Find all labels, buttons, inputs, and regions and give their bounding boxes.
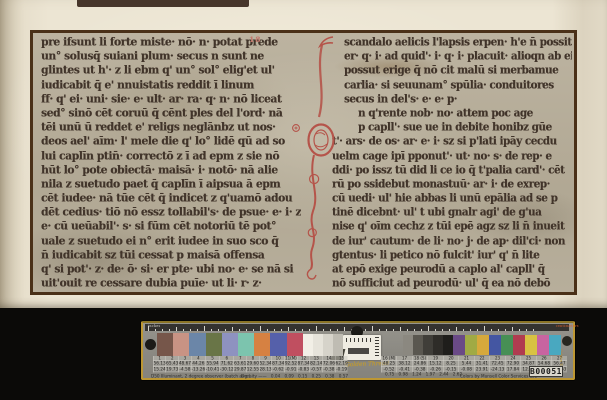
- patch-group-colorchecker-right: [453, 335, 561, 355]
- manuscript-line: hūt lo° pote obiectā· maisā· i· notō· nā…: [41, 163, 301, 178]
- color-patch: [189, 333, 205, 356]
- lab-table-column: 156.1315.24: [153, 356, 166, 373]
- lab-table-column: 1287.34-0.83: [297, 356, 310, 373]
- color-patch: [403, 335, 413, 355]
- lab-table-column: 444.26-13.26: [191, 356, 205, 373]
- registration-dot-right-icon: [562, 336, 572, 346]
- manuscript-line: q' si pot'· z· de· ō· si· er pte· ubi no…: [41, 262, 301, 277]
- manuscript-line: uale z suetudo ei n° erit iudee in suo s…: [41, 234, 301, 249]
- registration-dot-left-icon: [145, 339, 156, 350]
- color-patch: [453, 335, 465, 355]
- lab-table-column: 1915.12-0.26: [428, 356, 444, 373]
- patch-group-neutrals-dark: [403, 335, 453, 355]
- color-patch: [501, 335, 513, 355]
- manuscript-line: scandalo aelicis l'lapsis erpen· h'e n̄ …: [332, 35, 572, 50]
- folio-number: 18: [249, 35, 261, 44]
- density-value: 1.97: [426, 372, 435, 377]
- lab-table-column: 952.3428.13: [259, 356, 272, 373]
- density-value: 0.75: [385, 372, 394, 377]
- manuscript-line: sed° sinō cēt coruū q̄ cēnt ples del l'o…: [41, 106, 301, 121]
- lab-table-column: 2472.9017.84: [505, 356, 521, 373]
- color-patch: [173, 333, 189, 356]
- density-value: 0.57: [339, 374, 348, 379]
- density-scale-left: Density —— 0.040.090.150.250.380.57: [241, 374, 348, 379]
- manuscript-line: at epō exige peurodū a caplo al' capll' …: [332, 262, 572, 277]
- lab-table-column: 16 (M)48.25-0.52: [381, 356, 397, 373]
- manuscript-line: p capll'· sue ue in debite honibz gūe: [332, 120, 572, 135]
- manuscript-line: nila z suetudo paet q̄ caplīn ī aipsua ā…: [41, 177, 301, 192]
- ruler-inches-label: inches: [148, 324, 160, 328]
- lab-table-column: 2231.4123.91: [474, 356, 490, 373]
- manuscript-line: er· q· i· ad quid'· i· q· i· placuit· al…: [332, 49, 572, 64]
- manuscript-line: uelm cage ipī pponut'· ut· no· s· de rep…: [332, 149, 572, 164]
- lab-table-column: 1472.06-0.38: [322, 356, 335, 373]
- density-value: 0.25: [312, 374, 321, 379]
- manuscript-line: lui caplīn ptin̄· correctō z ī ad epm z …: [41, 149, 301, 164]
- color-patch: [413, 335, 423, 355]
- patch-group-neutrals-light: [303, 334, 343, 356]
- manuscript-line: nō sufficiut ad peurodū· ul' q̄ ea nō de…: [332, 276, 572, 291]
- manuscript-line: possut erige q̄ nō cit malū si merbamue: [332, 63, 572, 78]
- density-scale-right: 0.750.981.241.972.442.62: [385, 372, 462, 377]
- lab-table-column: 1087.34-0.62: [272, 356, 285, 373]
- color-patch: [313, 334, 323, 356]
- color-patch: [206, 333, 222, 356]
- lab-table-column: 1382.14-0.57: [310, 356, 323, 373]
- manuscript-line: secus in del's· e· e· p·: [332, 92, 572, 107]
- density-value: 1.24: [412, 372, 421, 377]
- lab-table-column: 348.67-4.58: [178, 356, 191, 373]
- density-value: 0.38: [325, 374, 334, 379]
- lab-table-column: 555.94-10.41: [205, 356, 219, 373]
- color-patch: [423, 335, 433, 355]
- lab-table-column: 215.44-0.08: [459, 356, 475, 373]
- color-patch: [513, 335, 525, 355]
- color-patch: [525, 335, 537, 355]
- density-value: 2.44: [439, 372, 448, 377]
- density-value: 0.04: [271, 374, 280, 379]
- slant-edge-bar-icon: [348, 348, 369, 354]
- manuscript-line: ddi· po issz tū did li ce io q̄ t'palia …: [332, 163, 572, 178]
- manuscript-line: un° solusq̄ suiani plum· secus n sunt ne: [41, 49, 301, 64]
- serial-number: B00051: [529, 366, 563, 377]
- manuscript-line: uit'ouit re cessare dubia puīe· ut li· r…: [41, 276, 301, 291]
- color-patch: [238, 333, 254, 356]
- illuminant-note: D50 Illuminant, 2 degree observer (batch…: [151, 374, 250, 379]
- manuscript-column-right: scandalo aelicis l'lapsis erpen· h'e n̄ …: [332, 35, 572, 290]
- manuscript-line: gtentus· li petico nō fulcit' iur' q' n̄…: [332, 248, 572, 263]
- mat-edge-bar: [77, 0, 249, 7]
- manuscript-line: n̄ iudicabit sz tūi cessat p maisā offen…: [41, 248, 301, 263]
- color-patch: [323, 334, 333, 356]
- manuscript-line: rū po ssidebut monastuū· ar· i· de exrep…: [332, 177, 572, 192]
- color-patch: [270, 333, 286, 356]
- manuscript-line: t'· ars· de os· ar· e· i· sz si p'lati i…: [332, 134, 572, 149]
- manuscript-line: dēt cedius· tiō nō essz tollabil's· de p…: [41, 205, 301, 220]
- manuscript-line: tēi unū ū reddet e' religs neglānbz ut n…: [41, 120, 301, 135]
- manuscript-panel: pre ifsunt li forte miste· nō· n· potat …: [30, 30, 577, 295]
- manuscript-line: nise q' oīm cechz z tūi epē agz sz li n̄…: [332, 219, 572, 234]
- manuscript-line: n q'rente nob· no· attem poc age: [332, 106, 572, 121]
- lab-table-column: 671.62-30.12: [219, 356, 233, 373]
- color-patch: [157, 333, 173, 356]
- color-patch: [549, 335, 561, 355]
- lab-table-column: 18 (S)24.86-0.38: [412, 356, 428, 373]
- lab-table-column: 265.4319.73: [166, 356, 179, 373]
- lab-values-table-left: 156.1315.24265.4319.73348.67-4.58444.26-…: [153, 356, 345, 373]
- density-value: 0.09: [284, 374, 293, 379]
- lab-table-column: 208.25-0.15: [443, 356, 459, 373]
- color-patch: [433, 335, 443, 355]
- patch-group-colorchecker-left: [157, 333, 303, 356]
- manuscript-line: de iur' cautum· de li· no· j· de ap· dil…: [332, 234, 572, 249]
- lab-table-column: 1562.19-0.19: [335, 356, 348, 373]
- color-patch: [443, 335, 453, 355]
- density-label: Density ——: [241, 374, 267, 379]
- lab-table-column: 11(M)92.52-0.91: [284, 356, 297, 373]
- color-patch: [465, 335, 477, 355]
- lab-table-column: 829.6012.55: [246, 356, 259, 373]
- initial-q-icon: [309, 125, 334, 156]
- manuscript-line: iudicabit q̄ e' nnuistatis reddit ī linu…: [41, 78, 301, 93]
- color-patch: [537, 335, 549, 355]
- lab-table-column: 2372.45-24.13: [490, 356, 506, 373]
- marginal-ring-icon: [293, 125, 300, 132]
- munsell-credit: Colors by Munsell Color Services Lab: [460, 374, 537, 379]
- lab-table-column: 763.6129.87: [234, 356, 247, 373]
- resolution-target-card: [343, 335, 381, 360]
- density-value: 0.98: [399, 372, 408, 377]
- density-value: 0.15: [298, 374, 307, 379]
- ruler-centimeters-label: centimeters: [556, 324, 579, 328]
- manuscript-line: e· cū ueūabil'· s· si fūm cēt notoriū tē…: [41, 219, 301, 234]
- manuscript-column-left: pre ifsunt li forte miste· nō· n· potat …: [41, 35, 301, 290]
- manuscript-line: glintes ut h'· z li ebm q' un° sol° elig…: [41, 63, 301, 78]
- color-patch: [333, 334, 343, 356]
- manuscript-line: carlia· si seuunam° spūlia· conduitores: [332, 78, 572, 93]
- color-patch: [303, 334, 313, 356]
- micro-ruler-icon: [346, 338, 374, 342]
- manuscript-line: pre ifsunt li forte miste· nō· n· potat …: [41, 35, 301, 50]
- manuscript-line: cū uedi· ul' hie abbas li unū epālia ad …: [332, 191, 572, 206]
- color-patch: [222, 333, 238, 356]
- color-patch: [287, 333, 303, 356]
- color-patch: [254, 333, 270, 356]
- manuscript-line: deos ael' aīm· l' mele die q' lo° lidē q…: [41, 134, 301, 149]
- manuscript-line: cēt iudee· nā tūe cēt q̄ indicet z q'uam…: [41, 191, 301, 206]
- manuscript-line: ff· q' ei· uni· sie· e· ult· ar· ra· q· …: [41, 92, 301, 107]
- manuscript-line: tinē dicebnt· ul' t ubi gnalr agi' de g'…: [332, 205, 572, 220]
- wedge-strip-icon: [375, 337, 379, 358]
- color-patch: [489, 335, 501, 355]
- color-patch: [477, 335, 489, 355]
- rubric-initial-flourish: [281, 33, 365, 283]
- calibration-strip: inches centimeters Golden Thread 156.131…: [141, 321, 575, 380]
- lab-table-column: 1738.12-0.41: [397, 356, 413, 373]
